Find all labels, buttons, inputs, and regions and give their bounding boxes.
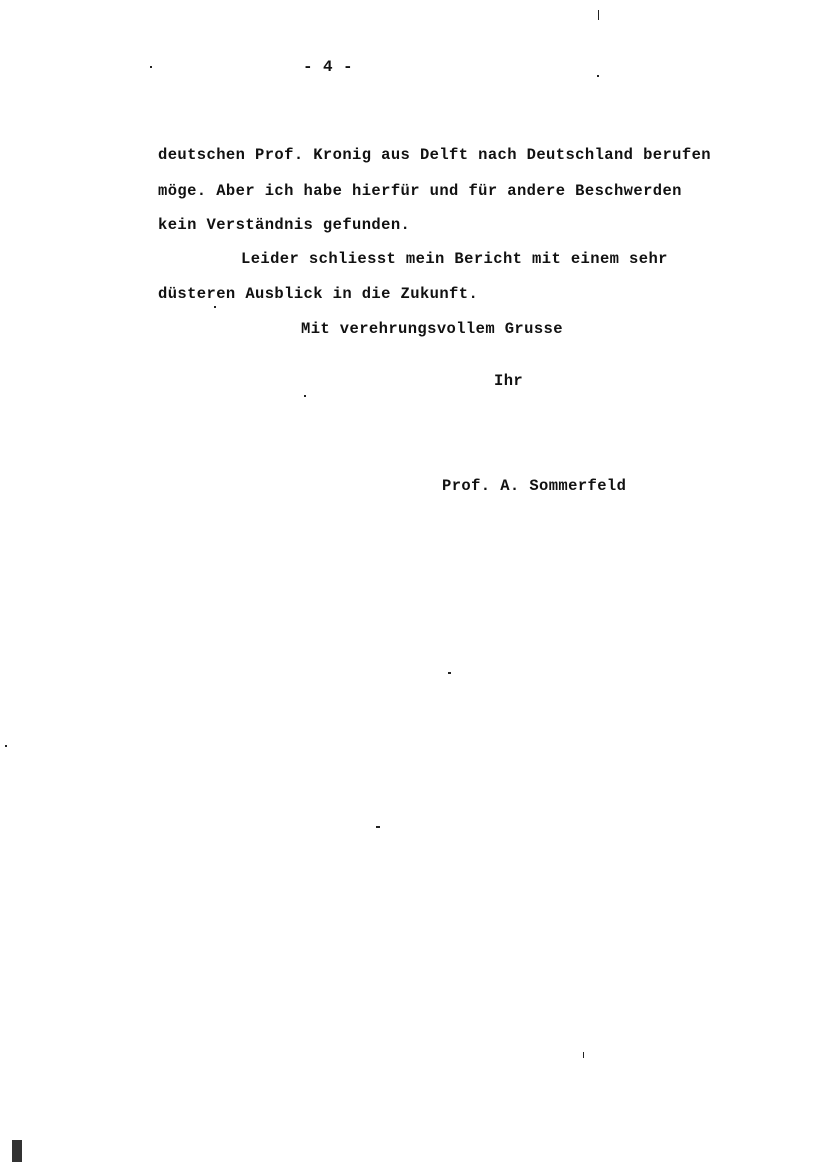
body-line: möge. Aber ich habe hierfür und für ande… bbox=[158, 182, 682, 200]
page-number: - 4 - bbox=[303, 58, 353, 76]
document-page: - 4 - deutschen Prof. Kronig aus Delft n… bbox=[0, 0, 831, 1169]
body-line: düsteren Ausblick in die Zukunft. bbox=[158, 285, 478, 303]
signature: Prof. A. Sommerfeld bbox=[442, 477, 626, 495]
body-line: kein Verständnis gefunden. bbox=[158, 216, 410, 234]
body-line: deutschen Prof. Kronig aus Delft nach De… bbox=[158, 146, 711, 164]
closing-pronoun: Ihr bbox=[494, 372, 523, 390]
closing-greeting: Mit verehrungsvollem Grusse bbox=[301, 320, 563, 338]
body-line: Leider schliesst mein Bericht mit einem … bbox=[241, 250, 668, 268]
